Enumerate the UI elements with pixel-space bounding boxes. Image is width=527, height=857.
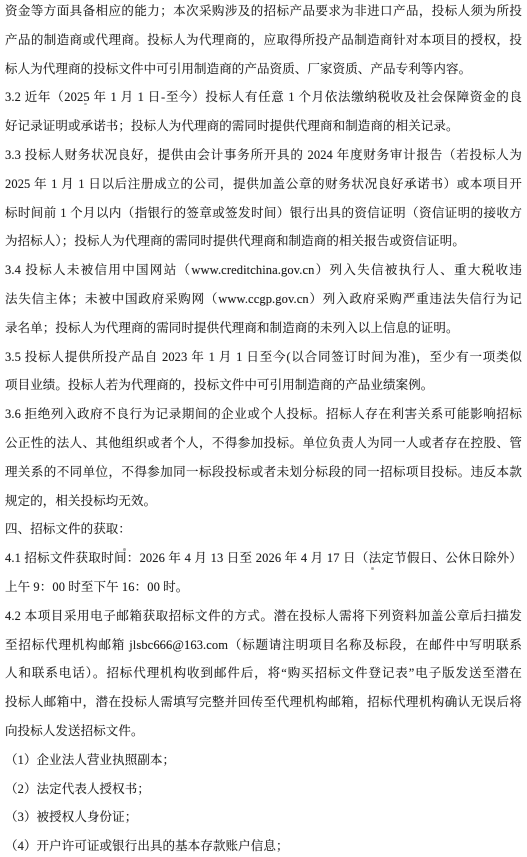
text-line clause-3-2: 3.2 近年（2025 年 1 月 1 日-至今）投标人有任意 1 个月依法缴纳… bbox=[5, 83, 522, 112]
text-line: 上午 9：00 时至下午 16：00 时。 bbox=[5, 573, 522, 602]
text-line: 规定的，相关投标均无效。 bbox=[5, 487, 522, 516]
scan-artifact bbox=[123, 548, 126, 551]
text-line: 公正性的法人、其他组织或者个人，不得参加投标。单位负责人为同一人或者存在控股、管 bbox=[5, 429, 522, 458]
scan-artifact bbox=[371, 567, 374, 570]
text-line: 向投标人发送招标文件。 bbox=[5, 717, 522, 746]
scan-artifact bbox=[84, 103, 87, 105]
text-line clause-3-4: 3.4 投标人未被信用中国网站（www.creditchina.gov.cn）列… bbox=[5, 256, 522, 285]
list-item: （3）被授权人身份证； bbox=[5, 803, 522, 832]
list-item: （4）开户许可证或银行出具的基本存款账户信息； bbox=[5, 832, 522, 857]
document-page: 资金等方面具备相应的能力；本次采购涉及的招标产品要求为非进口产品，投标人须为所投… bbox=[0, 0, 527, 857]
text-line clause-4-1: 4.1 招标文件获取时间：2026 年 4 月 13 日至 2026 年 4 月… bbox=[5, 544, 522, 573]
text-line: 法失信主体；未被中国政府采购网（www.ccgp.gov.cn）列入政府采购严重… bbox=[5, 285, 522, 314]
text-line clause-3-6: 3.6 拒绝列入政府不良行为记录期间的企业或个人投标。招标人存在利害关系可能影响… bbox=[5, 400, 522, 429]
text-line: 2025 年 1 月 1 日以后注册成立的公司，提供加盖公章的财务状况良好承诺书… bbox=[5, 170, 522, 199]
text-line: 理关系的不同单位，不得参加同一标段投标或者未划分标段的同一招标项目投标。违反本款 bbox=[5, 458, 522, 487]
text-line: 投标人邮箱中，潜在投标人需填写完整并回传至代理机构邮箱，招标代理机构确认无误后将 bbox=[5, 688, 522, 717]
text-line: 好记录证明或承诺书；投标人为代理商的需同时提供代理商和制造商的相关记录。 bbox=[5, 112, 522, 141]
list-item: （2）法定代表人授权书； bbox=[5, 775, 522, 804]
text-line email-line: 至招标代理机构邮箱 jlsbc666@163.com（标题请注明项目名称及标段，… bbox=[5, 631, 522, 660]
list-item: （1）企业法人营业执照副本； bbox=[5, 746, 522, 775]
text-line: 项目业绩。投标人若为代理商的，投标文件中可引用制造商的产品业绩案例。 bbox=[5, 371, 522, 400]
text-line: 资金等方面具备相应的能力；本次采购涉及的招标产品要求为非进口产品，投标人须为所投 bbox=[5, 0, 522, 26]
text-line: 人和联系电话）。招标代理机构收到邮件后，将“购买招标文件登记表”电子版发送至潜在 bbox=[5, 659, 522, 688]
text-line: 产品的制造商或代理商。投标人为代理商的，应取得所投产品制造商针对本项目的授权，投 bbox=[5, 26, 522, 55]
text-line: 标时间前 1 个月以内（指银行的签章或签发时间）银行出具的资信证明（资信证明的接… bbox=[5, 199, 522, 228]
text-line: 为招标人）；投标人为代理商的需同时提供代理商和制造商的相关报告或资信证明。 bbox=[5, 227, 522, 256]
section-heading: 四、招标文件的获取： bbox=[5, 515, 522, 544]
text-line: 标人为代理商的投标文件中可引用制造商的产品资质、厂家资质、产品专利等内容。 bbox=[5, 55, 522, 84]
text-line clause-3-3: 3.3 投标人财务状况良好，提供由会计事务所开具的 2024 年度财务审计报告（… bbox=[5, 141, 522, 170]
text-line clause-3-5: 3.5 投标人提供所投产品自 2023 年 1 月 1 日至今(以合同签订时间为… bbox=[5, 343, 522, 372]
text-line clause-4-2: 4.2 本项目采用电子邮箱获取招标文件的方式。潜在投标人需将下列资料加盖公章后扫… bbox=[5, 602, 522, 631]
text-line: 录名单；投标人为代理商的需同时提供代理商和制造商的未列入以上信息的证明。 bbox=[5, 314, 522, 343]
